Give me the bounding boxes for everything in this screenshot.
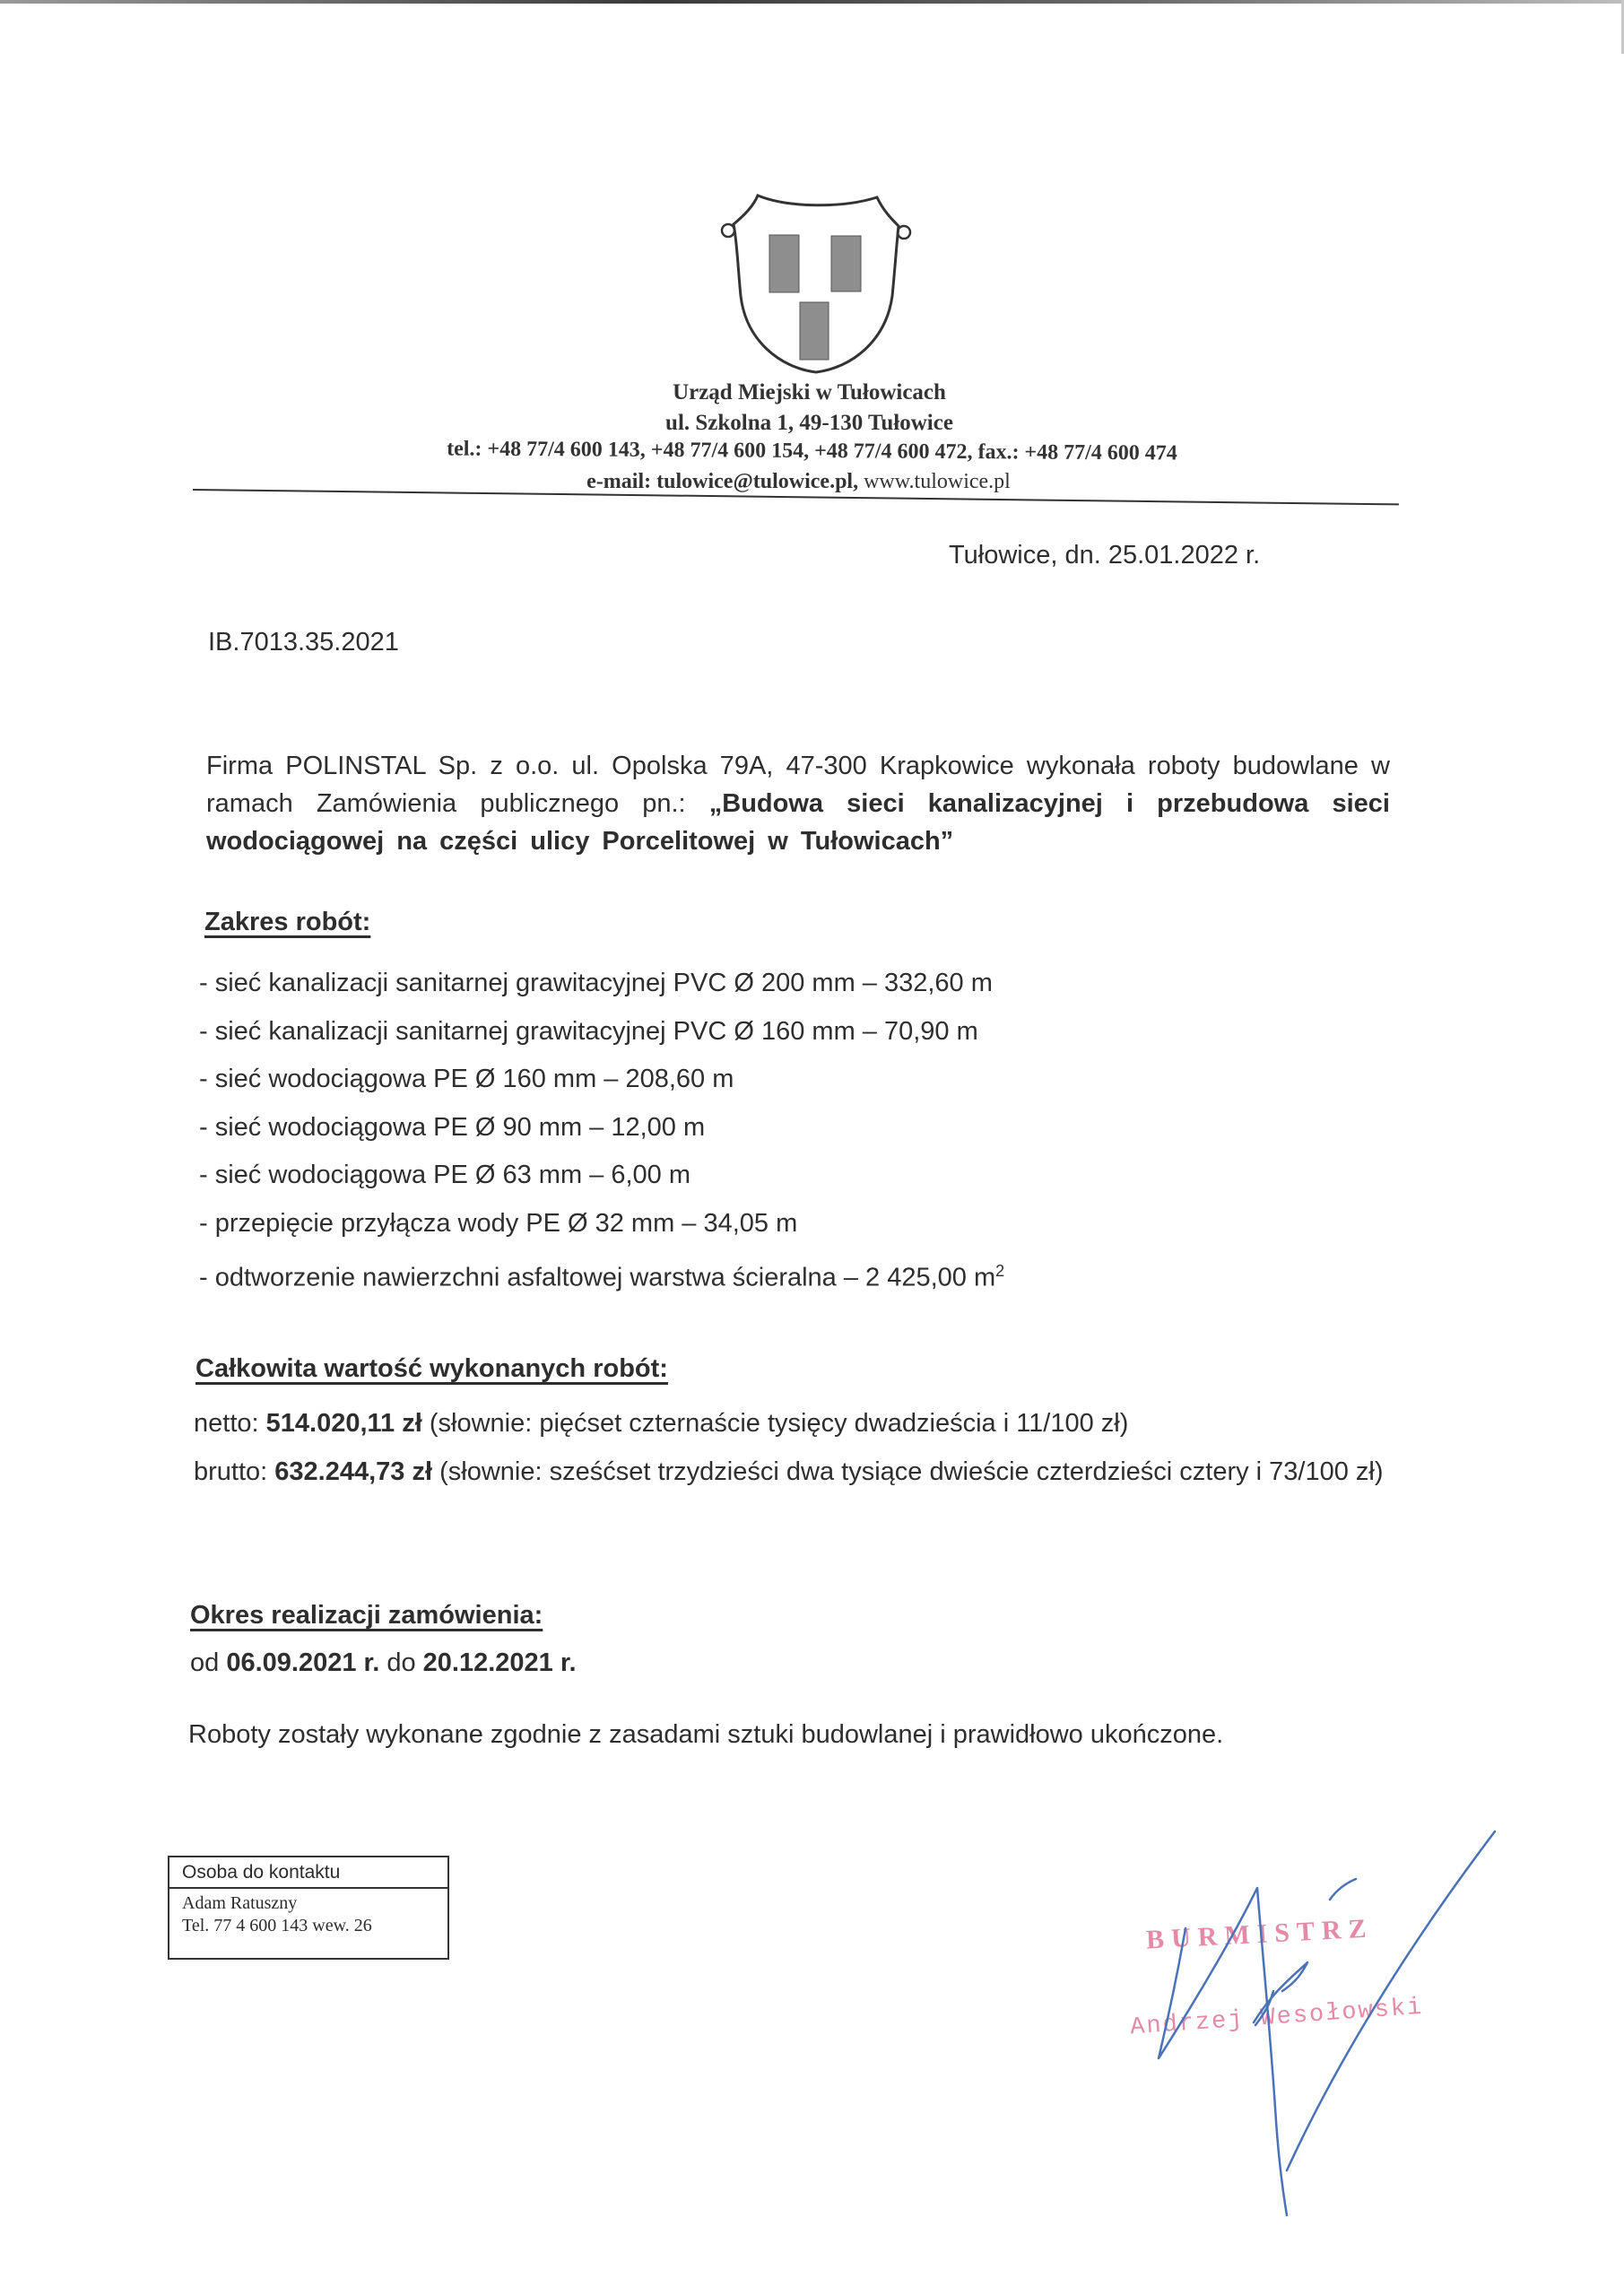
scope-item-text: - odtworzenie nawierzchni asfaltowej war… [199, 1264, 995, 1292]
scope-item: - przepięcie przyłącza wody PE Ø 32 mm –… [199, 1200, 1004, 1248]
period-from-date: 06.09.2021 r. [226, 1648, 379, 1677]
brutto-amount: 632.244,73 zł [274, 1457, 432, 1486]
scope-item: - sieć wodociągowa PE Ø 160 mm – 208,60 … [199, 1056, 1004, 1104]
brutto-line: brutto: 632.244,73 zł (słownie: sześćset… [194, 1448, 1413, 1496]
scope-item: - sieć kanalizacji sanitarnej grawitacyj… [199, 960, 1004, 1008]
signature-icon [1103, 1812, 1515, 2224]
institution-phones: tel.: +48 77/4 600 143, +48 77/4 600 154… [0, 434, 1624, 468]
period-to-label: do [379, 1648, 422, 1677]
period-line: od 06.09.2021 r. do 20.12.2021 r. [190, 1648, 577, 1678]
scope-item: - sieć kanalizacji sanitarnej grawitacyj… [199, 1008, 1004, 1057]
email-link[interactable]: tulowice@tulowice.pl, [656, 470, 858, 493]
period-from-label: od [190, 1648, 226, 1677]
contact-phone: Tel. 77 4 600 143 wew. 26 [182, 1915, 435, 1937]
netto-amount: 514.020,11 zł [266, 1409, 422, 1438]
netto-line: netto: 514.020,11 zł (słownie: pięćset c… [194, 1399, 1413, 1448]
unit-superscript: 2 [995, 1262, 1004, 1280]
netto-words: (słownie: pięćset czternaście tysięcy dw… [422, 1409, 1129, 1438]
scope-item: - sieć wodociągowa PE Ø 90 mm – 12,00 m [199, 1104, 1004, 1152]
value-heading: Całkowita wartość wykonanych robót: [195, 1354, 668, 1384]
brutto-label: brutto: [194, 1457, 274, 1486]
contact-heading: Osoba do kontaktu [169, 1857, 447, 1889]
institution-name: Urząd Miejski w Tułowicach [0, 380, 1621, 405]
period-to-date: 20.12.2021 r. [423, 1648, 577, 1677]
place-date: Tułowice, dn. 25.01.2022 r. [949, 541, 1260, 570]
case-number: IB.7013.35.2021 [208, 628, 399, 657]
scope-heading: Zakres robót: [204, 908, 370, 937]
coat-of-arms-icon [708, 188, 924, 377]
netto-label: netto: [194, 1409, 266, 1438]
contact-box: Osoba do kontaktu Adam Ratuszny Tel. 77 … [168, 1856, 449, 1960]
value-lines: netto: 514.020,11 zł (słownie: pięćset c… [194, 1399, 1413, 1496]
institution-address: ul. Szkolna 1, 49-130 Tułowice [0, 411, 1621, 436]
intro-paragraph: Firma POLINSTAL Sp. z o.o. ul. Opolska 7… [206, 747, 1390, 860]
period-heading: Okres realizacji zamówienia: [190, 1601, 543, 1631]
scan-edge [0, 0, 1624, 4]
website-link[interactable]: www.tulowice.pl [864, 470, 1011, 493]
brutto-words: (słownie: sześćset trzydzieści dwa tysią… [432, 1457, 1383, 1486]
closing-statement: Roboty zostały wykonane zgodnie z zasada… [188, 1720, 1223, 1750]
scope-item: - odtworzenie nawierzchni asfaltowej war… [199, 1248, 1004, 1302]
scope-list: - sieć kanalizacji sanitarnej grawitacyj… [199, 960, 1004, 1302]
scope-item: - sieć wodociągowa PE Ø 63 mm – 6,00 m [199, 1152, 1004, 1200]
contact-name: Adam Ratuszny [182, 1892, 435, 1915]
email-label: e-mail: [586, 470, 651, 493]
